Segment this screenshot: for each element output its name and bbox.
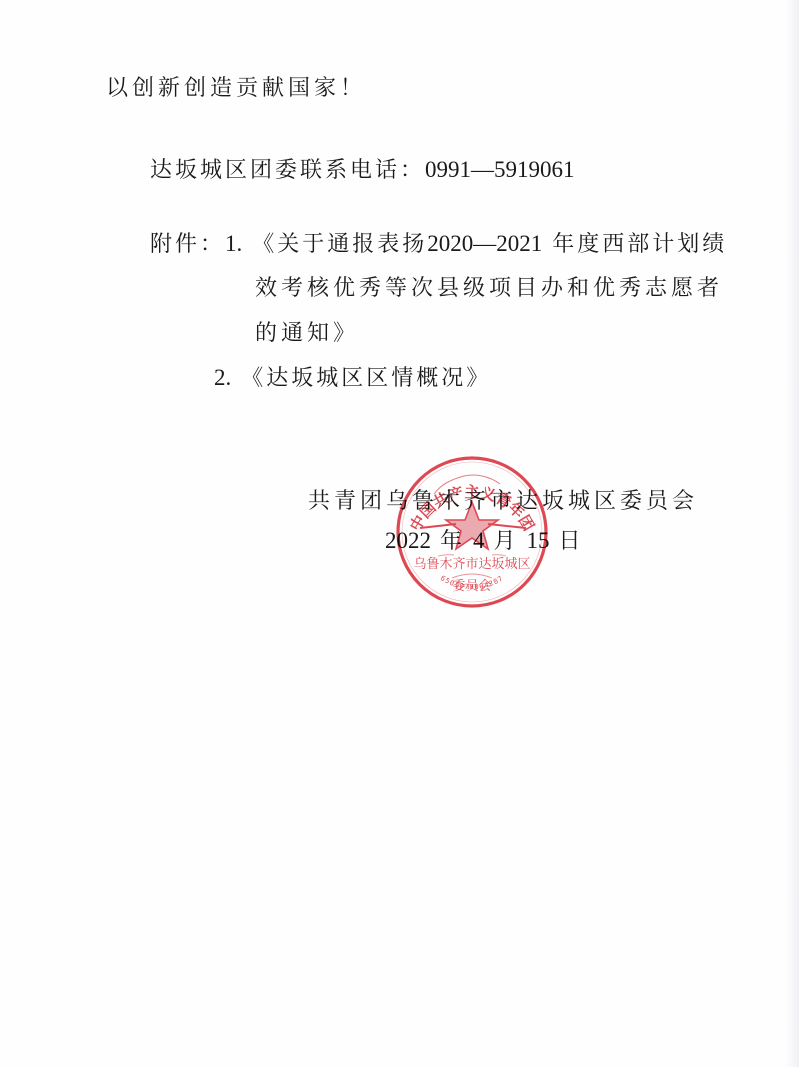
closing-line: 以创新创造贡献国家！ [106, 75, 366, 103]
attachment-1-years: 2020—2021 [427, 231, 542, 256]
date-month: 4 [473, 528, 485, 553]
attachment-1-number: 1. [225, 231, 242, 256]
seal-serial-number: 6501070004287 [439, 574, 505, 591]
attachments-label: 附件： [150, 232, 225, 257]
seal-bottom-text-line1: 乌鲁木齐市达坂城区 [413, 556, 530, 572]
date-day: 15 [527, 528, 550, 553]
attachment-1-title-prefix: 《关于通报表扬 [252, 232, 427, 257]
date-day-unit: 日 [559, 529, 583, 554]
attachment-1-title-suffix: 年度西部计划绩 [552, 232, 727, 257]
attachment-1-line-1: 附件：1. 《关于通报表扬2020—2021 年度西部计划绩 [150, 230, 727, 259]
seal-bottom-text-line2: 委员会 [452, 579, 491, 594]
date-year-unit: 年 [440, 529, 464, 554]
signature-date: 2022 年 4 月 15 日 [385, 527, 583, 556]
date-month-unit: 月 [494, 529, 518, 554]
attachment-2-line: 2. 《达坂城区区情概况》 [214, 364, 491, 393]
page-edge-shadow [785, 0, 799, 1067]
attachment-1-line-2: 效考核优秀等次县级项目办和优秀志愿者 [255, 275, 723, 303]
attachment-2-number: 2. [214, 365, 231, 390]
attachment-2-title: 《达坂城区区情概况》 [241, 366, 491, 391]
contact-label: 达坂城区团委联系电话： [150, 158, 425, 183]
signature-organization: 共青团乌鲁木齐市达坂城区委员会 [308, 488, 698, 516]
document-page: 以创新创造贡献国家！ 达坂城区团委联系电话：0991—5919061 附件：1.… [0, 0, 799, 1067]
date-year: 2022 [385, 528, 431, 553]
contact-phone: 0991—5919061 [425, 157, 575, 182]
attachment-1-line-3: 的通知》 [255, 320, 359, 348]
contact-line: 达坂城区团委联系电话：0991—5919061 [150, 156, 575, 185]
